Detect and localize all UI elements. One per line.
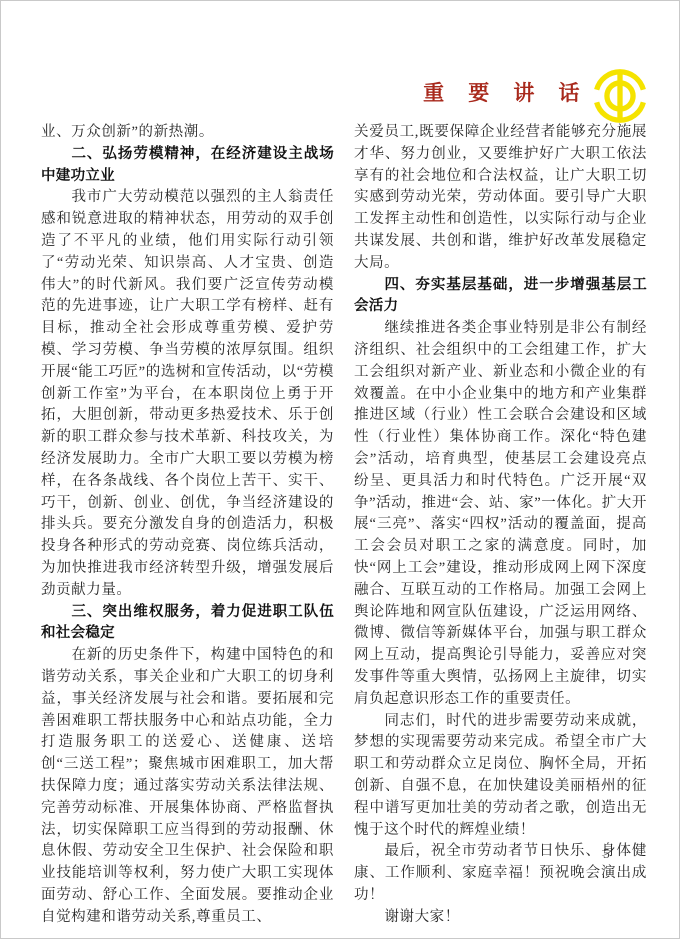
union-logo-icon bbox=[591, 67, 649, 125]
paragraph: 同志们，时代的进步需要劳动来成就，梦想的实现需要劳动来完成。希望全市广大职工和劳… bbox=[354, 711, 647, 842]
paragraph: 业、万众创新”的新热潮。 bbox=[41, 122, 334, 144]
page-header: 重 要 讲 话 bbox=[423, 1, 649, 127]
page-number: 5 bbox=[603, 846, 610, 862]
paragraph: 继续推进各类企事业特别是非公有制经济组织、社会组织中的工会组建工作，扩大工会组织… bbox=[354, 318, 647, 710]
paragraph: 谢谢大家！ bbox=[354, 907, 647, 929]
section-heading: 二、弘扬劳模精神，在经济建设主战场中建功立业 bbox=[41, 144, 334, 188]
section-heading: 三、突出维权服务，着力促进职工队伍和社会稳定 bbox=[41, 602, 334, 646]
left-column: 业、万众创新”的新热潮。二、弘扬劳模精神，在经济建设主战场中建功立业我市广大劳动… bbox=[41, 122, 334, 928]
right-column: 关爱员工,既要保障企业经营者能够充分施展才华、努力创业，又要维护好广大职工依法享… bbox=[354, 122, 647, 928]
document-page: 重 要 讲 话 业、万众创新”的新热潮。二、弘扬劳模精神，在经济建设主战场中建功… bbox=[0, 0, 680, 939]
two-column-body: 业、万众创新”的新热潮。二、弘扬劳模精神，在经济建设主战场中建功立业我市广大劳动… bbox=[41, 122, 646, 928]
paragraph: 我市广大劳动模范以强烈的主人翁责任感和锐意进取的精神状态，用劳动的双手创造了不平… bbox=[41, 187, 334, 601]
paragraph: 关爱员工,既要保障企业经营者能够充分施展才华、努力创业，又要维护好广大职工依法享… bbox=[354, 122, 647, 275]
section-heading: 四、夯实基层基础，进一步增强基层工会活力 bbox=[354, 275, 647, 319]
paragraph: 在新的历史条件下，构建中国特色的和谐劳动关系，事关企业和广大职工的切身利益，事关… bbox=[41, 645, 334, 928]
page-title: 重 要 讲 话 bbox=[423, 77, 589, 107]
